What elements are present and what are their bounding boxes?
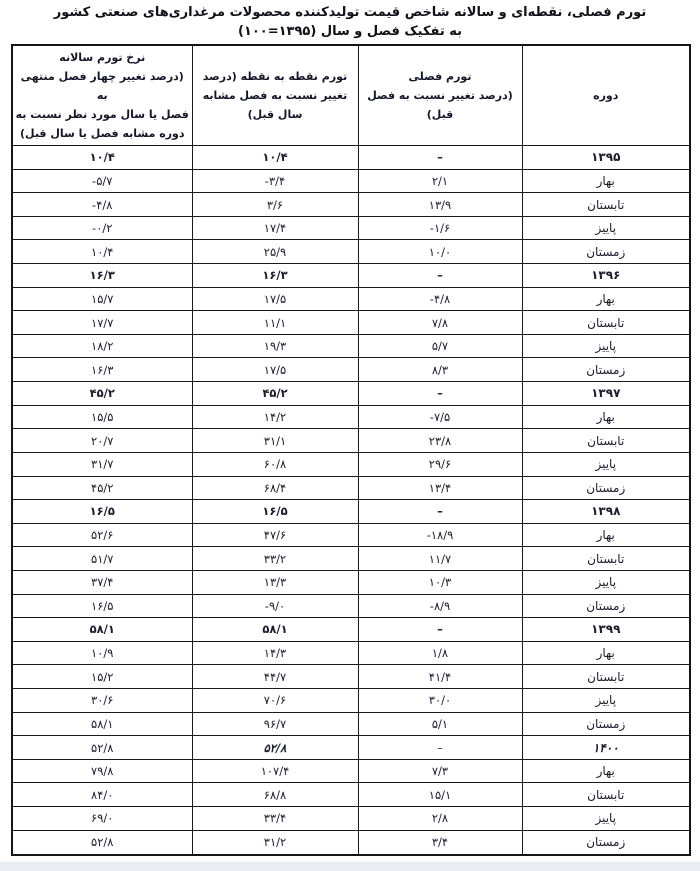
cell-point: ۱۴/۳ <box>192 641 358 665</box>
cell-quarterly: ۵/۱ <box>358 712 522 736</box>
cell-period: پاییز <box>522 452 690 476</box>
cell-quarterly: -۷/۵ <box>358 405 522 429</box>
cell-annual: ۸۴/۰ <box>12 783 192 807</box>
cell-period: پاییز <box>522 334 690 358</box>
cell-annual: ۳۷/۴ <box>12 570 192 594</box>
table-row: تابستان۱۱/۷۳۳/۲۵۱/۷ <box>12 547 690 571</box>
cell-annual: ۲۰/۷ <box>12 429 192 453</box>
cell-period: پاییز <box>522 807 690 831</box>
page-edge-bar <box>0 861 700 871</box>
table-row: تابستان۴۱/۴۴۴/۷۱۵/۲ <box>12 665 690 689</box>
cell-period: تابستان <box>522 665 690 689</box>
cell-period: ۱۳۹۸ <box>522 500 690 524</box>
cell-point: ۶۰/۸ <box>192 452 358 476</box>
cell-quarterly: ۷/۳ <box>358 759 522 783</box>
cell-point: ۱۶/۵ <box>192 500 358 524</box>
table-row: بهار-۱۸/۹۴۷/۶۵۲/۶ <box>12 523 690 547</box>
cell-quarterly: -۱۸/۹ <box>358 523 522 547</box>
cell-quarterly: ۱۰/۳ <box>358 570 522 594</box>
cell-period: بهار <box>522 523 690 547</box>
cell-annual: ۱۵/۷ <box>12 287 192 311</box>
cell-quarterly: ۱۳/۴ <box>358 476 522 500</box>
cell-point: ۳/۶ <box>192 193 358 217</box>
table-row: پاییز۳۰/۰۷۰/۶۳۰/۶ <box>12 689 690 713</box>
table-row: بهار۱/۸۱۴/۳۱۰/۹ <box>12 641 690 665</box>
cell-quarterly: ۱۰/۰ <box>358 240 522 264</box>
cell-period: بهار <box>522 405 690 429</box>
table-row: پاییز۲/۸۳۳/۴۶۹/۰ <box>12 807 690 831</box>
cell-point: ۳۱/۲ <box>192 830 358 855</box>
report-title-line1: تورم فصلی، نقطه‌ای و سالانه شاخص قیمت تو… <box>0 3 700 22</box>
cell-point: -۳/۴ <box>192 169 358 193</box>
cell-period: پاییز <box>522 689 690 713</box>
cell-point: ۳۱/۱ <box>192 429 358 453</box>
cell-period: زمستان <box>522 476 690 500</box>
cell-point: ۴۵/۲ <box>192 382 358 406</box>
table-row: زمستان۸/۳۱۷/۵۱۶/۳ <box>12 358 690 382</box>
table-row: زمستان۱۰/۰۲۵/۹۱۰/۴ <box>12 240 690 264</box>
cell-annual: ۳۰/۶ <box>12 689 192 713</box>
table-row: ۱۳۹۷–۴۵/۲۴۵/۲ <box>12 382 690 406</box>
table-row: بهار۷/۳۱۰۷/۴۷۹/۸ <box>12 759 690 783</box>
cell-quarterly: ۲/۸ <box>358 807 522 831</box>
cell-quarterly: -۱/۶ <box>358 216 522 240</box>
table-header-row: دوره تورم فصلی (درصد تغییر نسبت به فصل ق… <box>12 45 690 146</box>
cell-point: ۱۱/۱ <box>192 311 358 335</box>
cell-period: تابستان <box>522 193 690 217</box>
cell-annual: ۵۲/۸ <box>12 830 192 855</box>
cell-annual: ۵۲/۶ <box>12 523 192 547</box>
table-row: ۱۳۹۸–۱۶/۵۱۶/۵ <box>12 500 690 524</box>
cell-annual: ۵۸/۱ <box>12 618 192 642</box>
cell-point: ۲۵/۹ <box>192 240 358 264</box>
table-row: تابستان۱۵/۱۶۸/۸۸۴/۰ <box>12 783 690 807</box>
cell-period: زمستان <box>522 240 690 264</box>
cell-period: بهار <box>522 287 690 311</box>
cell-point: -۹/۰ <box>192 594 358 618</box>
cell-period: بهار <box>522 641 690 665</box>
table-row: بهار-۴/۸۱۷/۵۱۵/۷ <box>12 287 690 311</box>
cell-point: ۳۳/۴ <box>192 807 358 831</box>
cell-period: تابستان <box>522 429 690 453</box>
column-header-period: دوره <box>522 45 690 146</box>
cell-period: پاییز <box>522 570 690 594</box>
cell-point: ۱۹/۳ <box>192 334 358 358</box>
cell-quarterly: ۳/۴ <box>358 830 522 855</box>
cell-point: ۱۷/۵ <box>192 287 358 311</box>
cell-quarterly: – <box>358 618 522 642</box>
cell-quarterly: ۲۹/۶ <box>358 452 522 476</box>
cell-annual: ۱۶/۳ <box>12 264 192 288</box>
cell-point: ۱۶/۳ <box>192 264 358 288</box>
column-header-quarterly-inflation: تورم فصلی (درصد تغییر نسبت به فصل قبل) <box>358 45 522 146</box>
report-page: تورم فصلی، نقطه‌ای و سالانه شاخص قیمت تو… <box>0 0 700 871</box>
cell-quarterly: ۲۳/۸ <box>358 429 522 453</box>
cell-period: زمستان <box>522 830 690 855</box>
cell-annual: ۵۱/۷ <box>12 547 192 571</box>
table-row: ۱۳۹۶–۱۶/۳۱۶/۳ <box>12 264 690 288</box>
cell-annual: -۰/۲ <box>12 216 192 240</box>
table-row: زمستان-۸/۹-۹/۰۱۶/۵ <box>12 594 690 618</box>
report-title: تورم فصلی، نقطه‌ای و سالانه شاخص قیمت تو… <box>0 3 700 41</box>
column-header-annual-inflation: نرخ تورم سالانه (درصد تغییر چهار فصل منت… <box>12 45 192 146</box>
cell-quarterly: ۵/۷ <box>358 334 522 358</box>
cell-period: زمستان <box>522 712 690 736</box>
cell-quarterly: ۳۰/۰ <box>358 689 522 713</box>
cell-annual: ۱۰/۴ <box>12 240 192 264</box>
cell-point: ۵۸/۱ <box>192 618 358 642</box>
cell-quarterly: – <box>358 382 522 406</box>
cell-period: بهار <box>522 759 690 783</box>
table-row: زمستان۱۳/۴۶۸/۴۴۵/۲ <box>12 476 690 500</box>
cell-quarterly: ۸/۳ <box>358 358 522 382</box>
cell-period: ۱۳۹۹ <box>522 618 690 642</box>
cell-quarterly: ۱۱/۷ <box>358 547 522 571</box>
cell-point: ۳۳/۲ <box>192 547 358 571</box>
table-row: ۱۳۹۹–۵۸/۱۵۸/۱ <box>12 618 690 642</box>
table-row: پاییز-۱/۶۱۷/۴-۰/۲ <box>12 216 690 240</box>
cell-annual: ۱۵/۲ <box>12 665 192 689</box>
table-row: تابستان۲۳/۸۳۱/۱۲۰/۷ <box>12 429 690 453</box>
cell-quarterly: ۱/۸ <box>358 641 522 665</box>
cell-annual: ۱۷/۷ <box>12 311 192 335</box>
cell-annual: -۵/۷ <box>12 169 192 193</box>
cell-period: پاییز <box>522 216 690 240</box>
column-header-point-to-point-inflation: تورم نقطه به نقطه (درصد تغییر نسبت به فص… <box>192 45 358 146</box>
report-title-line2: به تفکیک فصل و سال (۱۳۹۵=۱۰۰) <box>0 22 700 41</box>
cell-quarterly: – <box>358 264 522 288</box>
cell-point: ۴۷/۶ <box>192 523 358 547</box>
cell-annual: ۵۲/۸ <box>12 736 192 760</box>
cell-annual: ۱۶/۳ <box>12 358 192 382</box>
table-row: ۱۳۹۵–۱۰/۴۱۰/۴ <box>12 146 690 170</box>
cell-quarterly: ۱۳/۹ <box>358 193 522 217</box>
cell-period: زمستان <box>522 594 690 618</box>
table-row: تابستان۷/۸۱۱/۱۱۷/۷ <box>12 311 690 335</box>
cell-period: ۱۳۹۵ <box>522 146 690 170</box>
cell-point: ۷۰/۶ <box>192 689 358 713</box>
cell-period: تابستان <box>522 547 690 571</box>
cell-annual: ۵۸/۱ <box>12 712 192 736</box>
inflation-table: دوره تورم فصلی (درصد تغییر نسبت به فصل ق… <box>11 44 691 856</box>
table-row: پاییز۲۹/۶۶۰/۸۳۱/۷ <box>12 452 690 476</box>
table-row: ۱۴۰۰–۵۲/۸۵۲/۸ <box>12 736 690 760</box>
cell-point: ۶۸/۸ <box>192 783 358 807</box>
cell-point: ۶۸/۴ <box>192 476 358 500</box>
cell-period: بهار <box>522 169 690 193</box>
cell-quarterly: ۴۱/۴ <box>358 665 522 689</box>
table-row: بهار-۷/۵۱۴/۲۱۵/۵ <box>12 405 690 429</box>
cell-point: ۴۴/۷ <box>192 665 358 689</box>
cell-annual: ۶۹/۰ <box>12 807 192 831</box>
table-row: زمستان۵/۱۹۶/۷۵۸/۱ <box>12 712 690 736</box>
cell-period: ۱۳۹۷ <box>522 382 690 406</box>
table-row: پاییز۱۰/۳۱۳/۳۳۷/۴ <box>12 570 690 594</box>
cell-annual: ۱۰/۹ <box>12 641 192 665</box>
cell-annual: ۱۵/۵ <box>12 405 192 429</box>
table-body: ۱۳۹۵–۱۰/۴۱۰/۴بهار۲/۱-۳/۴-۵/۷تابستان۱۳/۹۳… <box>12 146 690 856</box>
cell-point: ۱۰۷/۴ <box>192 759 358 783</box>
cell-quarterly: ۷/۸ <box>358 311 522 335</box>
cell-period: ۱۴۰۰ <box>522 736 690 760</box>
table-row: زمستان۳/۴۳۱/۲۵۲/۸ <box>12 830 690 855</box>
cell-annual: ۴۵/۲ <box>12 382 192 406</box>
cell-period: تابستان <box>522 783 690 807</box>
cell-annual: -۴/۸ <box>12 193 192 217</box>
cell-quarterly: – <box>358 500 522 524</box>
cell-annual: ۱۸/۲ <box>12 334 192 358</box>
cell-quarterly: ۲/۱ <box>358 169 522 193</box>
cell-annual: ۱۶/۵ <box>12 594 192 618</box>
cell-annual: ۴۵/۲ <box>12 476 192 500</box>
cell-quarterly: -۴/۸ <box>358 287 522 311</box>
cell-point: ۹۶/۷ <box>192 712 358 736</box>
cell-point: ۱۰/۴ <box>192 146 358 170</box>
cell-annual: ۱۰/۴ <box>12 146 192 170</box>
cell-period: زمستان <box>522 358 690 382</box>
table-row: تابستان۱۳/۹۳/۶-۴/۸ <box>12 193 690 217</box>
cell-annual: ۱۶/۵ <box>12 500 192 524</box>
cell-period: ۱۳۹۶ <box>522 264 690 288</box>
cell-quarterly: – <box>358 146 522 170</box>
table-row: پاییز۵/۷۱۹/۳۱۸/۲ <box>12 334 690 358</box>
cell-annual: ۳۱/۷ <box>12 452 192 476</box>
cell-quarterly: ۱۵/۱ <box>358 783 522 807</box>
cell-point: ۱۷/۴ <box>192 216 358 240</box>
cell-point: ۵۲/۸ <box>192 736 358 760</box>
cell-annual: ۷۹/۸ <box>12 759 192 783</box>
cell-point: ۱۴/۲ <box>192 405 358 429</box>
cell-quarterly: – <box>358 736 522 760</box>
cell-point: ۱۷/۵ <box>192 358 358 382</box>
cell-period: تابستان <box>522 311 690 335</box>
cell-quarterly: -۸/۹ <box>358 594 522 618</box>
table-row: بهار۲/۱-۳/۴-۵/۷ <box>12 169 690 193</box>
cell-point: ۱۳/۳ <box>192 570 358 594</box>
